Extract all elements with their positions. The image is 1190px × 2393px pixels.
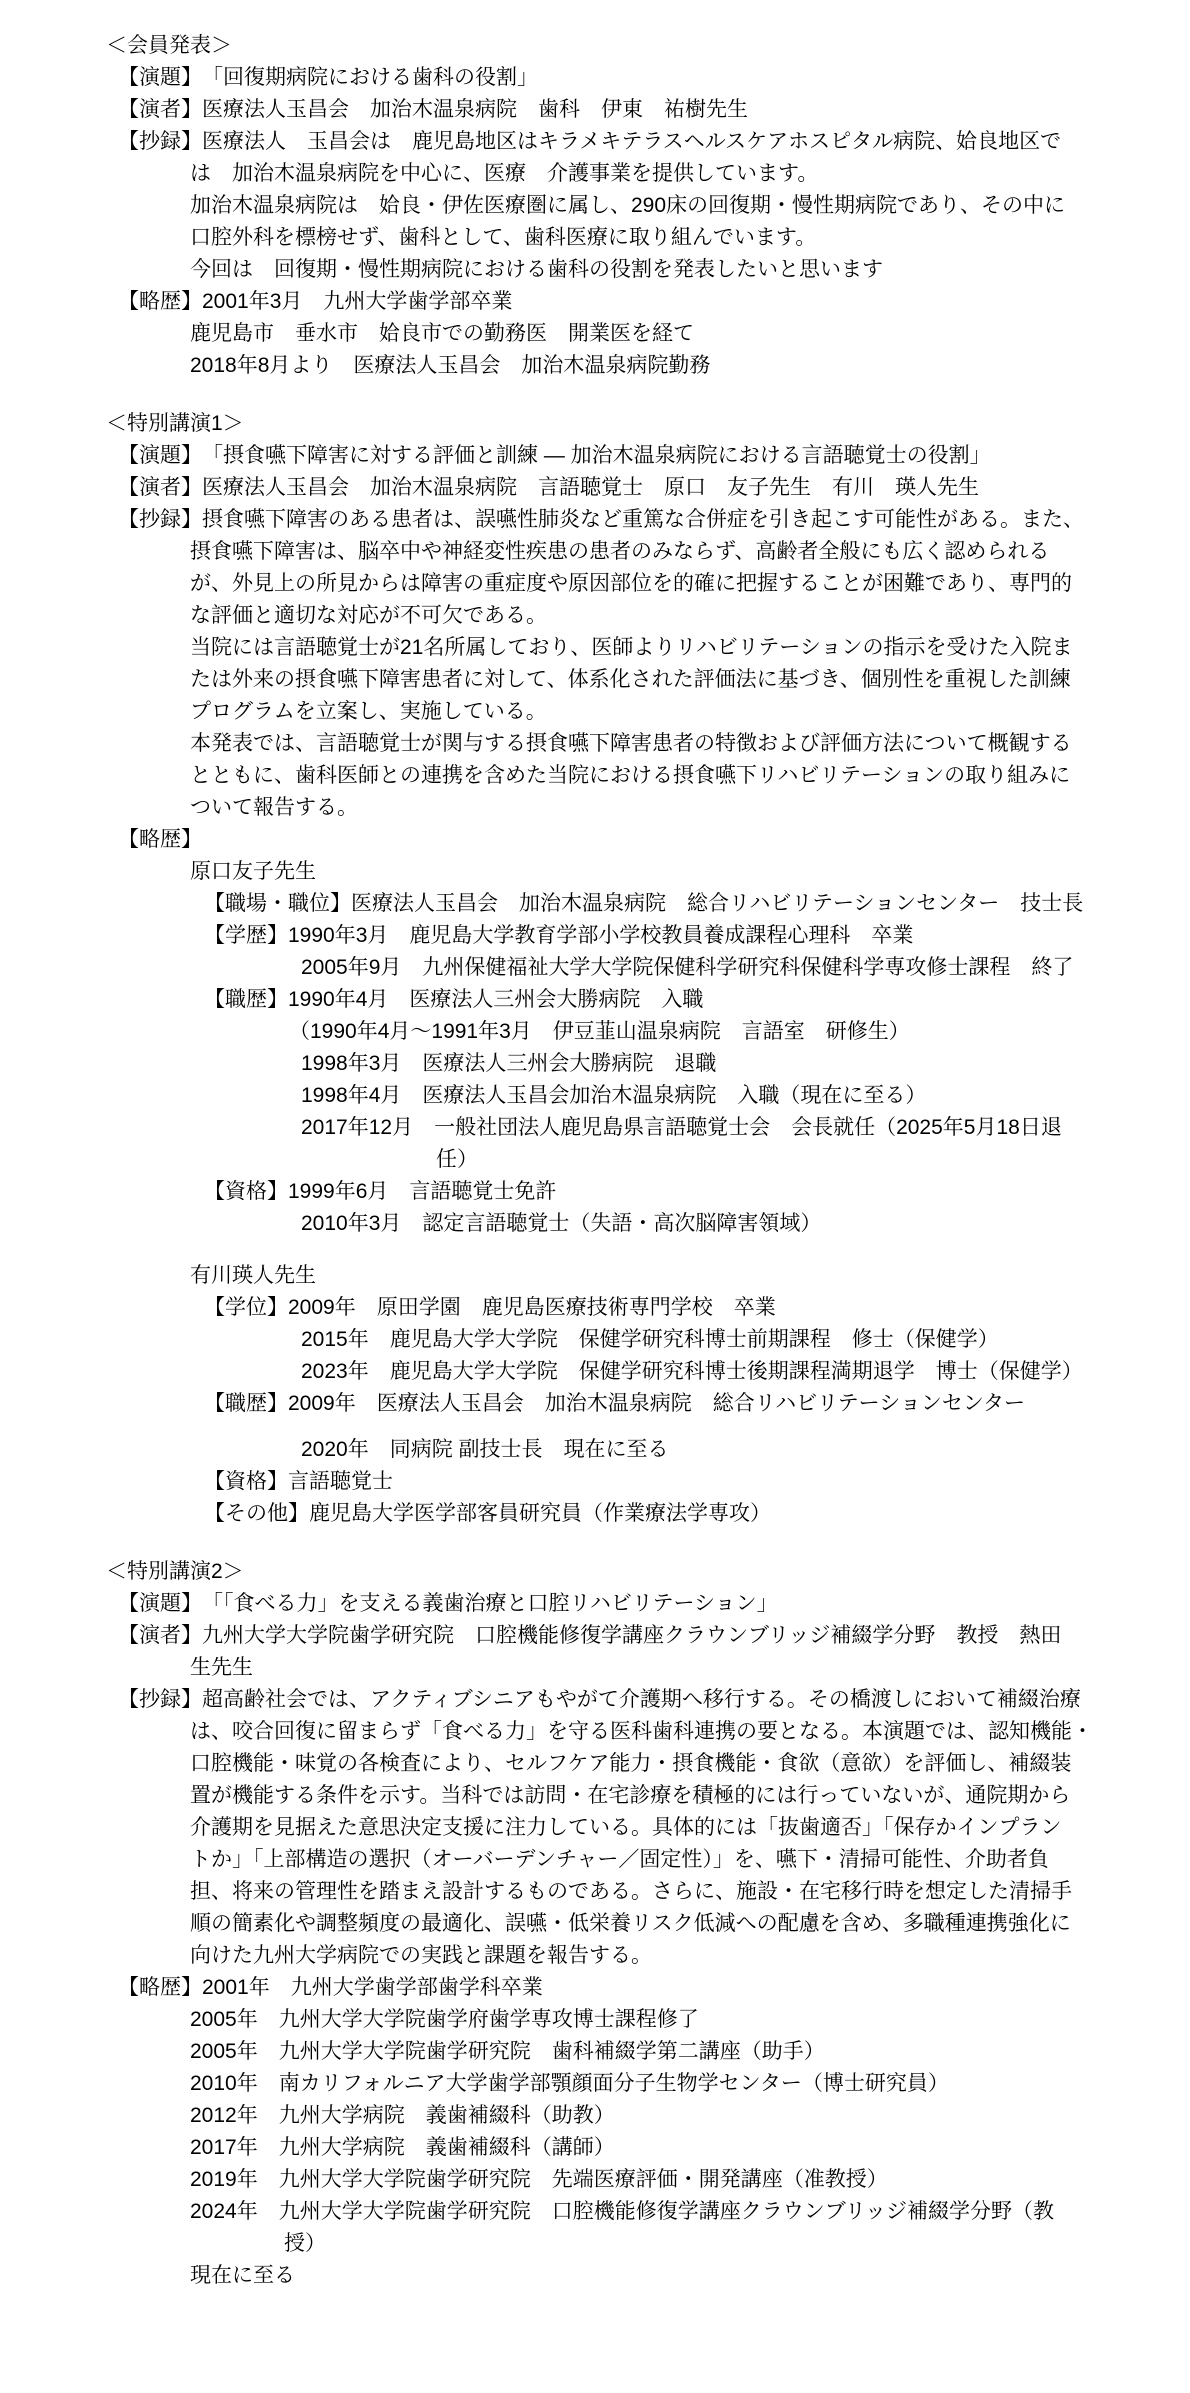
text-line: 【学位】2009年 原田学園 鹿児島医療技術専門学校 卒業 bbox=[0, 1292, 1190, 1324]
text-line: 生先生 bbox=[0, 1652, 1190, 1684]
text-line: が、外見上の所見からは障害の重症度や原因部位を的確に把握することが困難であり、専… bbox=[0, 568, 1190, 600]
text-line: な評価と適切な対応が不可欠である。 bbox=[0, 600, 1190, 632]
section-heading: ＜会員発表＞ bbox=[0, 30, 1190, 62]
text-line: 【演題】 「「食べる力」を支える義歯治療と口腔リハビリテーション」 bbox=[0, 1588, 1190, 1620]
text-line: 【演者】医療法人玉昌会 加治木温泉病院 歯科 伊東 祐樹先生 bbox=[0, 94, 1190, 126]
text-line: 口腔機能・味覚の各検査により、セルフケア能力・摂食機能・食欲（意欲）を評価し、補… bbox=[0, 1748, 1190, 1780]
text-line: 2010年 南カリフォルニア大学歯学部顎顔面分子生物学センター（博士研究員） bbox=[0, 2068, 1190, 2100]
text-line: とともに、歯科医師との連携を含めた当院における摂食嚥下リハビリテーションの取り組… bbox=[0, 760, 1190, 792]
text-line: 2017年12月 一般社団法人鹿児島県言語聴覚士会 会長就任（2025年5月18… bbox=[0, 1112, 1190, 1144]
text-line: 【抄録】超高齢社会では、アクティブシニアもやがて介護期へ移行する。その橋渡しにお… bbox=[0, 1684, 1190, 1716]
text-line: 向けた九州大学病院での実践と課題を報告する。 bbox=[0, 1940, 1190, 1972]
section-heading: ＜特別講演1＞ bbox=[0, 408, 1190, 440]
text-line: 【演者】医療法人玉昌会 加治木温泉病院 言語聴覚士 原口 友子先生 有川 瑛人先… bbox=[0, 472, 1190, 504]
text-line: 2023年 鹿児島大学大学院 保健学研究科博士後期課程満期退学 博士（保健学） bbox=[0, 1356, 1190, 1388]
text-line: 介護期を見据えた意思決定支援に注力している。具体的には「抜歯適否」「保存かインプ… bbox=[0, 1812, 1190, 1844]
text-line: 【職歴】2009年 医療法人玉昌会 加治木温泉病院 総合リハビリテーションセンタ… bbox=[0, 1388, 1190, 1420]
document-page: ＜会員発表＞【演題】 「回復期病院における歯科の役割」【演者】医療法人玉昌会 加… bbox=[0, 0, 1190, 2352]
text-line: 【略歴】2001年3月 九州大学歯学部卒業 bbox=[0, 286, 1190, 318]
text-line: は 加治木温泉病院を中心に、医療 介護事業を提供しています。 bbox=[0, 158, 1190, 190]
text-line: 本発表では、言語聴覚士が関与する摂食嚥下障害患者の特徴および評価方法について概観… bbox=[0, 728, 1190, 760]
text-line: 1998年3月 医療法人三州会大勝病院 退職 bbox=[0, 1048, 1190, 1080]
text-line: ついて報告する。 bbox=[0, 792, 1190, 824]
section: ＜特別講演2＞【演題】 「「食べる力」を支える義歯治療と口腔リハビリテーション」… bbox=[0, 1556, 1190, 2292]
text-line: 【抄録】医療法人 玉昌会は 鹿児島地区はキラメキテラスヘルスケアホスピタル病院、… bbox=[0, 126, 1190, 158]
text-line: 【職場・職位】医療法人玉昌会 加治木温泉病院 総合リハビリテーションセンター 技… bbox=[0, 888, 1190, 920]
section: ＜会員発表＞【演題】 「回復期病院における歯科の役割」【演者】医療法人玉昌会 加… bbox=[0, 30, 1190, 382]
text-line: 【学歴】1990年3月 鹿児島大学教育学部小学校教員養成課程心理科 卒業 bbox=[0, 920, 1190, 952]
text-line: 【職歴】1990年4月 医療法人三州会大勝病院 入職 bbox=[0, 984, 1190, 1016]
text-line: 2005年9月 九州保健福祉大学大学院保健科学研究科保健科学専攻修士課程 終了 bbox=[0, 952, 1190, 984]
text-line: 2024年 九州大学大学院歯学研究院 口腔機能修復学講座クラウンブリッジ補綴学分… bbox=[0, 2196, 1190, 2228]
text-line: 【略歴】2001年 九州大学歯学部歯学科卒業 bbox=[0, 1972, 1190, 2004]
text-line: 1998年4月 医療法人玉昌会加治木温泉病院 入職（現在に至る） bbox=[0, 1080, 1190, 1112]
text-line: は、咬合回復に留まらず「食べる力」を守る医科歯科連携の要となる。本演題では、認知… bbox=[0, 1716, 1190, 1748]
text-line: 2005年 九州大学大学院歯学研究院 歯科補綴学第二講座（助手） bbox=[0, 2036, 1190, 2068]
text-line: 2020年 同病院 副技士長 現在に至る bbox=[0, 1434, 1190, 1466]
text-line: 摂食嚥下障害は、脳卒中や神経変性疾患の患者のみならず、高齢者全般にも広く認められ… bbox=[0, 536, 1190, 568]
text-line: 原口友子先生 bbox=[0, 856, 1190, 888]
text-line: （1990年4月～1991年3月 伊豆韮山温泉病院 言語室 研修生） bbox=[0, 1016, 1190, 1048]
text-line: 口腔外科を標榜せず、歯科として、歯科医療に取り組んでいます。 bbox=[0, 222, 1190, 254]
text-line: 2015年 鹿児島大学大学院 保健学研究科博士前期課程 修士（保健学） bbox=[0, 1324, 1190, 1356]
section-heading: ＜特別講演2＞ bbox=[0, 1556, 1190, 1588]
text-line: 【その他】鹿児島大学医学部客員研究員（作業療法学専攻） bbox=[0, 1498, 1190, 1530]
text-line: 2018年8月より 医療法人玉昌会 加治木温泉病院勤務 bbox=[0, 350, 1190, 382]
text-line: 【資格】言語聴覚士 bbox=[0, 1466, 1190, 1498]
text-line: 授） bbox=[0, 2228, 1190, 2260]
text-line: 2017年 九州大学病院 義歯補綴科（講師） bbox=[0, 2132, 1190, 2164]
text-line: 2019年 九州大学大学院歯学研究院 先端医療評価・開発講座（准教授） bbox=[0, 2164, 1190, 2196]
text-line: 【演者】九州大学大学院歯学研究院 口腔機能修復学講座クラウンブリッジ補綴学分野 … bbox=[0, 1620, 1190, 1652]
text-line: トか」「上部構造の選択（オーバーデンチャー／固定性）」を、嚥下・清掃可能性、介助… bbox=[0, 1844, 1190, 1876]
section: ＜特別講演1＞【演題】 「摂食嚥下障害に対する評価と訓練 ― 加治木温泉病院にお… bbox=[0, 408, 1190, 1530]
text-line: 現在に至る bbox=[0, 2260, 1190, 2292]
text-line: 任） bbox=[0, 1144, 1190, 1176]
text-line: 当院には言語聴覚士が21名所属しており、医師よりリハビリテーションの指示を受けた… bbox=[0, 632, 1190, 664]
text-line: たは外来の摂食嚥下障害患者に対して、体系化された評価法に基づき、個別性を重視した… bbox=[0, 664, 1190, 696]
text-line: 有川瑛人先生 bbox=[0, 1260, 1190, 1292]
text-line: 担、将来の管理性を踏まえ設計するものである。さらに、施設・在宅移行時を想定した清… bbox=[0, 1876, 1190, 1908]
text-line: 2012年 九州大学病院 義歯補綴科（助教） bbox=[0, 2100, 1190, 2132]
text-line: プログラムを立案し、実施している。 bbox=[0, 696, 1190, 728]
text-line: 加治木温泉病院は 姶良・伊佐医療圏に属し、290床の回復期・慢性期病院であり、そ… bbox=[0, 190, 1190, 222]
text-line: 鹿児島市 垂水市 姶良市での勤務医 開業医を経て bbox=[0, 318, 1190, 350]
text-line: 【演題】 「摂食嚥下障害に対する評価と訓練 ― 加治木温泉病院における言語聴覚士… bbox=[0, 440, 1190, 472]
text-line: 【抄録】摂食嚥下障害のある患者は、誤嚥性肺炎など重篤な合併症を引き起こす可能性が… bbox=[0, 504, 1190, 536]
text-line: 今回は 回復期・慢性期病院における歯科の役割を発表したいと思います bbox=[0, 254, 1190, 286]
text-line: 2010年3月 認定言語聴覚士（失語・高次脳障害領域） bbox=[0, 1208, 1190, 1240]
text-line: 順の簡素化や調整頻度の最適化、誤嚥・低栄養リスク低減への配慮を含め、多職種連携強… bbox=[0, 1908, 1190, 1940]
text-line: 2005年 九州大学大学院歯学府歯学専攻博士課程修了 bbox=[0, 2004, 1190, 2036]
text-line: 【資格】1999年6月 言語聴覚士免許 bbox=[0, 1176, 1190, 1208]
text-line: 【略歴】 bbox=[0, 824, 1190, 856]
text-line: 【演題】 「回復期病院における歯科の役割」 bbox=[0, 62, 1190, 94]
text-line: 置が機能する条件を示す。当科では訪問・在宅診療を積極的には行っていないが、通院期… bbox=[0, 1780, 1190, 1812]
